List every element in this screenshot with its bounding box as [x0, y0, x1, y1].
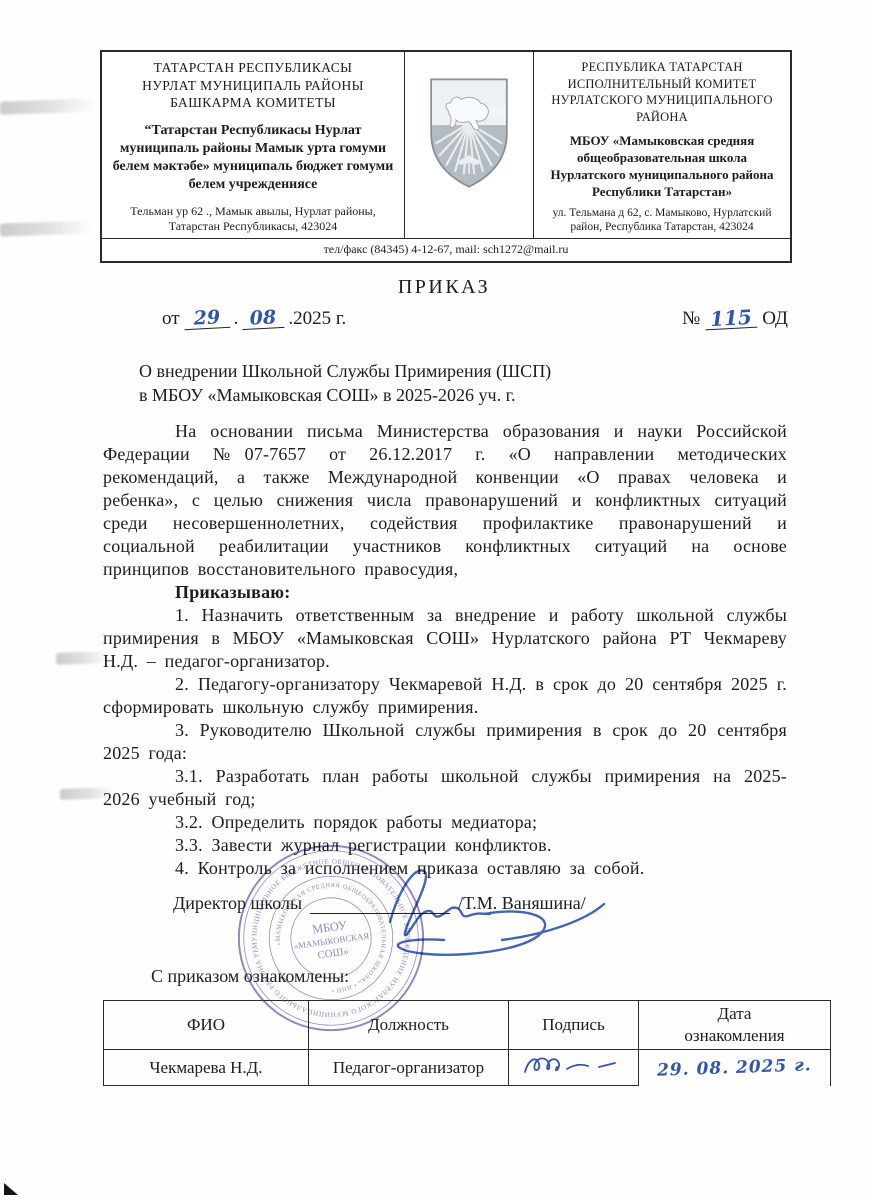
order-item-3-2: 3.2. Определить порядок работы медиатора… — [103, 811, 787, 834]
right-org-line: РЕСПУБЛИКА ТАТАРСТАН — [538, 59, 786, 76]
cell-position: Педагог-организатор — [309, 1050, 509, 1086]
acknowledge-table: ФИО Должность Подпись Дата ознакомления … — [103, 1000, 831, 1086]
date-dot: . — [234, 308, 239, 330]
order-subject: О внедрении Школьной Службы Примирения (… — [139, 360, 551, 407]
scan-smudge — [0, 220, 92, 236]
right-org-line: НУРЛАТСКОГО МУНИЦИПАЛЬНОГО РАЙОНА — [538, 92, 786, 125]
left-org-line: ТАТАРСТАН РЕСПУБЛИКАСЫ — [107, 59, 399, 77]
col-header-fio: ФИО — [104, 1001, 309, 1050]
handwritten-month: 08 — [242, 307, 285, 330]
order-item-2: 2. Педагогу-организатору Чекмаревой Н.Д.… — [103, 673, 787, 719]
ink-signature-scribble — [519, 1052, 629, 1078]
preamble: На основании письма Министерства образов… — [103, 420, 787, 581]
scanned-order-page: ТАТАРСТАН РЕСПУБЛИКАСЫ НУРЛАТ МУНИЦИПАЛЬ… — [0, 0, 872, 1200]
stamp-center-line3: СОШ» — [317, 945, 350, 961]
scan-smudge — [56, 651, 108, 665]
acknowledge-heading: С приказом ознакомлены: — [103, 966, 349, 987]
resolve-word: Приказываю: — [103, 581, 787, 604]
coat-of-arms-icon — [425, 74, 513, 192]
subject-line-1: О внедрении Школьной Службы Примирения (… — [139, 360, 551, 384]
col-header-position: Должность — [309, 1001, 509, 1050]
right-org-address: ул. Тельмана д 62, с. Мамыково, Нурлатск… — [538, 206, 786, 234]
left-org-address: Тельман ур 62 ., Мамык авылы, Нурлат рай… — [107, 204, 399, 234]
col-header-signature: Подпись — [509, 1001, 639, 1050]
col-header-date: Дата ознакомления — [639, 1001, 831, 1050]
number-suffix: ОД — [762, 308, 788, 330]
director-ink-signature — [352, 856, 632, 971]
scan-corner-artifact — [4, 1183, 18, 1195]
left-org-top: ТАТАРСТАН РЕСПУБЛИКАСЫ НУРЛАТ МУНИЦИПАЛЬ… — [107, 59, 399, 112]
emblem-cloud — [488, 107, 506, 116]
date-number-row: от 29 . 08 .2025 г. № 115 ОД — [100, 308, 788, 330]
date-tail: .2025 г. — [288, 308, 346, 330]
handwritten-number: 115 — [705, 307, 758, 331]
left-org-line: БАШКАРМА КОМИТЕТЫ — [107, 94, 399, 112]
right-org-top: РЕСПУБЛИКА ТАТАРСТАН ИСПОЛНИТЕЛЬНЫЙ КОМИ… — [538, 59, 786, 125]
scan-smudge — [0, 98, 96, 114]
order-item-3-1: 3.1. Разработать план работы школьной сл… — [103, 765, 787, 811]
order-body: На основании письма Министерства образов… — [103, 420, 787, 880]
handwritten-day: 29 — [183, 307, 230, 330]
letterhead: ТАТАРСТАН РЕСПУБЛИКАСЫ НУРЛАТ МУНИЦИПАЛЬ… — [100, 50, 792, 263]
order-item-3: 3. Руководителю Школьной службы примирен… — [103, 719, 787, 765]
letterhead-right-russian: РЕСПУБЛИКА ТАТАРСТАН ИСПОЛНИТЕЛЬНЫЙ КОМИ… — [533, 52, 790, 238]
letterhead-left-tatar: ТАТАРСТАН РЕСПУБЛИКАСЫ НУРЛАТ МУНИЦИПАЛЬ… — [102, 52, 405, 238]
left-org-line: НУРЛАТ МУНИЦИПАЛЬ РАЙОНЫ — [107, 77, 399, 95]
order-date: от 29 . 08 .2025 г. — [100, 308, 346, 330]
right-org-line: ИСПОЛНИТЕЛЬНЫЙ КОМИТЕТ — [538, 76, 786, 93]
order-item-1: 1. Назначить ответственным за внедрение … — [103, 604, 787, 673]
order-number: № 115 ОД — [682, 308, 788, 330]
date-prefix: от — [162, 308, 180, 330]
handwritten-ack-date: 29. 08. 2025 г. — [657, 1055, 812, 1080]
right-org-name: МБОУ «Мамыковская средняя общеобразовате… — [540, 132, 784, 200]
contact-line: тел/факс (84345) 4-12-67, mail: sch1272@… — [102, 238, 790, 261]
left-org-name: “Татарстан Республикасы Нурлат муниципал… — [109, 122, 397, 194]
table-row: Чекмарева Н.Д. Педагог-организатор 29. 0… — [104, 1050, 831, 1086]
cell-name: Чекмарева Н.Д. — [104, 1050, 309, 1086]
order-title: ПРИКАЗ — [100, 276, 788, 299]
letterhead-emblem-cell — [405, 52, 533, 238]
subject-line-2: в МБОУ «Мамыковская СОШ» в 2025-2026 уч.… — [139, 384, 551, 408]
letterhead-row: ТАТАРСТАН РЕСПУБЛИКАСЫ НУРЛАТ МУНИЦИПАЛЬ… — [102, 52, 790, 238]
order-item-3-3: 3.3. Завести журнал регистрации конфликт… — [103, 834, 787, 857]
number-label: № — [682, 308, 700, 330]
cell-date: 29. 08. 2025 г. — [639, 1050, 831, 1086]
director-label: Директор школы — [173, 893, 302, 914]
cell-signature — [509, 1050, 639, 1086]
table-header-row: ФИО Должность Подпись Дата ознакомления — [104, 1001, 831, 1050]
